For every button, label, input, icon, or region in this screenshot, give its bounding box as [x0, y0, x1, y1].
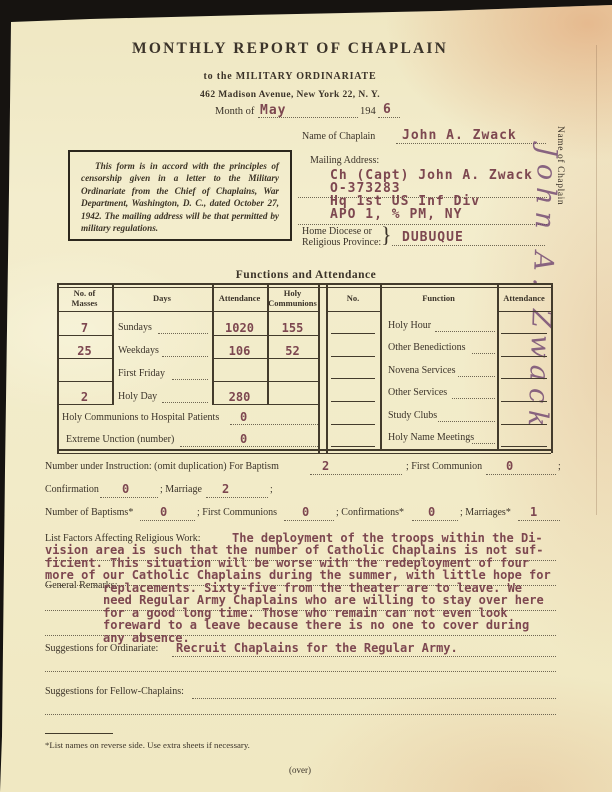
unction-value: 0 [240, 432, 247, 446]
function-label: Other Benedictions [388, 342, 465, 353]
month-label: Month of [215, 106, 254, 117]
table-border [57, 453, 551, 455]
censorship-notice-box: This form is in accord with the principl… [68, 150, 292, 241]
home-diocese-label-line2: Religious Province: [302, 237, 381, 248]
unction-label: Extreme Unction (number) [66, 434, 174, 445]
row-line [212, 381, 267, 382]
masses-value: 7 [57, 321, 112, 335]
confirmation-instruction-value: 0 [122, 482, 129, 496]
name-leader-line [396, 143, 546, 144]
row-line [267, 381, 318, 382]
row-line [267, 404, 318, 405]
table-border [380, 283, 382, 449]
row-line [501, 356, 547, 357]
table-border [57, 283, 59, 453]
row-line [267, 358, 318, 359]
leader [310, 474, 402, 475]
marriages-value: 1 [530, 505, 537, 519]
first-communions-value: 0 [302, 505, 309, 519]
leader [486, 474, 556, 475]
year-leader-line [378, 117, 400, 118]
leader [412, 520, 458, 521]
day-label: First Friday [118, 368, 165, 379]
row-line [212, 404, 267, 405]
function-label: Novena Services [388, 365, 455, 376]
day-label: Sundays [118, 322, 152, 333]
scanned-document: MONTHLY REPORT OF CHAPLAIN to the MILITA… [0, 0, 612, 792]
marriages-label: ; Marriages* [460, 507, 511, 518]
mailing-leader-line-2 [298, 224, 547, 225]
col-header-attendance-right: Attendance [497, 293, 551, 303]
ordinariate-label: Suggestions for Ordinariate: [45, 643, 158, 654]
mailing-address-label: Mailing Address: [310, 155, 379, 166]
hospital-label: Holy Communions to Hospital Patients [62, 412, 219, 423]
row-line [331, 333, 375, 334]
function-label: Holy Hour [388, 320, 431, 331]
report-subtitle: to the MILITARY ORDINARIATE [0, 66, 580, 84]
communions-value: 52 [267, 344, 318, 358]
diocese-value: DUBUQUE [402, 230, 464, 245]
footnote-rule [45, 733, 113, 734]
semicolon: ; [270, 484, 273, 495]
leader [172, 656, 556, 657]
marriage-instruction-value: 2 [222, 482, 229, 496]
leader [140, 520, 195, 521]
confirmations-value: 0 [428, 505, 435, 519]
col-header-function: Function [380, 293, 497, 303]
row-line [501, 424, 547, 425]
leader [284, 520, 334, 521]
row-line [501, 446, 547, 447]
function-label: Study Clubs [388, 410, 437, 421]
over-label: (over) [289, 765, 311, 775]
attendance-value: 280 [212, 390, 267, 404]
marriage-instruction-label: ; Marriage [160, 484, 202, 495]
table-border [57, 283, 551, 285]
day-label: Holy Day [118, 391, 157, 402]
day-leader [162, 356, 208, 357]
table-center-divider [318, 283, 320, 453]
function-leader [458, 376, 495, 377]
row-line [212, 335, 267, 336]
ruled-line [45, 714, 556, 715]
row-line [57, 381, 112, 382]
function-leader [435, 331, 495, 332]
row-line [331, 401, 375, 402]
leader [192, 698, 556, 699]
day-leader [158, 333, 208, 334]
header-underline [497, 311, 551, 312]
censorship-notice-text: This form is in accord with the principl… [81, 160, 279, 234]
ruled-line [45, 671, 556, 672]
table-border [551, 283, 553, 453]
col-header-days: Days [112, 293, 212, 303]
ordinariate-value: Recruit Chaplains for the Regular Army. [176, 641, 458, 655]
table-heading-text: Functions and Attendance [236, 269, 376, 281]
name-of-chaplain-label: Name of Chaplain [302, 131, 375, 142]
row-line [212, 358, 267, 359]
year-printed: 194 [360, 106, 376, 117]
row-line [501, 401, 547, 402]
masses-value: 25 [57, 344, 112, 358]
unction-leader [180, 446, 318, 447]
col-header-masses: No. of Masses [57, 288, 112, 308]
masses-value: 2 [57, 390, 112, 404]
attendance-value: 1020 [212, 321, 267, 335]
home-diocese-label-line1: Home Diocese or [302, 226, 372, 237]
col-header-no: No. [326, 293, 380, 303]
baptisms-value: 0 [160, 505, 167, 519]
col-header-attendance: Attendance [212, 293, 267, 303]
hospital-value: 0 [240, 410, 247, 424]
function-label: Other Services [388, 387, 447, 398]
semicolon: ; [558, 461, 561, 472]
function-leader [438, 421, 495, 422]
mailing-address-line: APO 1, % PM, NY [330, 207, 462, 222]
leader [100, 497, 158, 498]
row-line [331, 356, 375, 357]
fellow-chaplains-label: Suggestions for Fellow-Chaplains: [45, 686, 184, 697]
header-underline [326, 311, 380, 312]
day-leader [172, 379, 208, 380]
over-label-wrap: (over) [0, 760, 600, 778]
row-line [331, 378, 375, 379]
day-label: Weekdays [118, 345, 159, 356]
function-label: Holy Name Meetings [388, 432, 474, 443]
row-line [57, 335, 112, 336]
month-value: May [260, 103, 286, 118]
diocese-leader-line [392, 245, 545, 246]
table-center-divider [326, 283, 328, 453]
function-leader [472, 353, 495, 354]
leader [518, 520, 560, 521]
footnote-text: *List names on reverse side. Use extra s… [45, 740, 250, 750]
diocese-brace: } [381, 222, 392, 248]
first-communion-instruction-label: ; First Communion [406, 461, 482, 472]
title-text: MONTHLY REPORT OF CHAPLAIN [132, 40, 448, 57]
year-suffix: 6 [383, 102, 392, 117]
leader [206, 497, 268, 498]
row-line [501, 333, 547, 334]
baptisms-label: Number of Baptisms* [45, 507, 133, 518]
baptism-instruction-label: Number under Instruction: (omit duplicat… [45, 461, 279, 472]
row-line [331, 424, 375, 425]
row-line [331, 446, 375, 447]
function-leader [452, 398, 495, 399]
confirmation-instruction-label: Confirmation [45, 484, 99, 495]
subtitle-text: to the MILITARY ORDINARIATE [203, 71, 376, 82]
row-line [501, 378, 547, 379]
first-communions-label: ; First Communions [197, 507, 277, 518]
first-communion-instruction-value: 0 [506, 459, 513, 473]
function-leader [472, 443, 495, 444]
day-leader [162, 402, 208, 403]
table-border [497, 283, 499, 449]
table-heading: Functions and Attendance [0, 265, 612, 283]
report-title: MONTHLY REPORT OF CHAPLAIN [0, 40, 580, 58]
row-line [267, 335, 318, 336]
table-border [57, 449, 551, 451]
ordinariate-address: 462 Madison Avenue, New York 22, N. Y. [0, 84, 580, 102]
row-line [57, 404, 112, 405]
name-of-chaplain-value: John A. Zwack [402, 128, 517, 143]
row-line [57, 358, 112, 359]
col-header-communions: Holy Communions [267, 288, 318, 308]
attendance-value: 106 [212, 344, 267, 358]
confirmations-label: ; Confirmations* [336, 507, 404, 518]
baptism-instruction-value: 2 [322, 459, 329, 473]
header-underline [57, 311, 318, 312]
hospital-leader [230, 424, 318, 425]
communions-value: 155 [267, 321, 318, 335]
address-text: 462 Madison Avenue, New York 22, N. Y. [200, 90, 380, 100]
